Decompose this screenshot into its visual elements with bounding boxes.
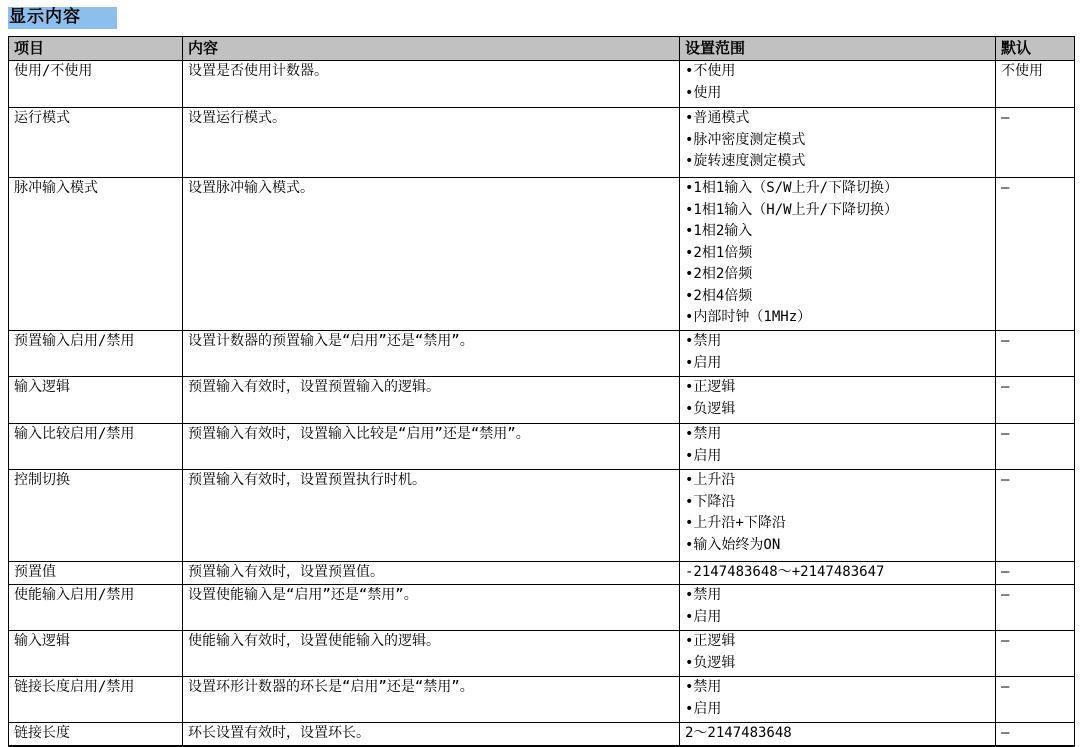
range-cell: 2～2147483648 [680, 723, 996, 746]
default-cell: — [996, 585, 1075, 631]
default-cell: — [996, 424, 1075, 470]
header-desc: 内容 [183, 37, 680, 61]
item-cell: 预置输入启用/禁用 [9, 331, 183, 377]
table-row: 预置输入启用/禁用 设置计数器的预置输入是“启用”还是“禁用”。 •禁用 •启用… [9, 331, 1075, 377]
default-cell: — [996, 562, 1075, 585]
table-row: 输入逻辑 预置输入有效时，设置预置输入的逻辑。 •正逻辑 •负逻辑 — [9, 377, 1075, 424]
default-cell: 不使用 [996, 61, 1075, 108]
desc-cell: 设置环形计数器的环长是“启用”还是“禁用”。 [183, 677, 680, 723]
table-row: 链接长度 环长设置有效时，设置环长。 2～2147483648 — [9, 723, 1075, 746]
table-row: 使用/不使用 设置是否使用计数器。 •不使用 •使用 不使用 [9, 61, 1075, 108]
item-cell: 使用/不使用 [9, 61, 183, 108]
settings-table: 项目 内容 设置范围 默认 使用/不使用 设置是否使用计数器。 •不使用 •使用… [8, 36, 1075, 747]
desc-cell: 设置使能输入是“启用”还是“禁用”。 [183, 585, 680, 631]
item-cell: 脉冲输入模式 [9, 178, 183, 331]
desc-cell: 预置输入有效时，设置预置执行时机。 [183, 470, 680, 562]
range-cell: •禁用 •启用 [680, 331, 996, 377]
item-cell: 运行模式 [9, 108, 183, 178]
table-row: 链接长度启用/禁用 设置环形计数器的环长是“启用”还是“禁用”。 •禁用 •启用… [9, 677, 1075, 723]
desc-cell: 设置计数器的预置输入是“启用”还是“禁用”。 [183, 331, 680, 377]
desc-cell: 环长设置有效时，设置环长。 [183, 723, 680, 746]
range-cell: •正逻辑 •负逻辑 [680, 377, 996, 424]
desc-cell: 使能输入有效时，设置使能输入的逻辑。 [183, 631, 680, 677]
range-cell: -2147483648～+2147483647 [680, 562, 996, 585]
header-default: 默认 [996, 37, 1075, 61]
table-row: 预置值 预置输入有效时，设置预置值。 -2147483648～+21474836… [9, 562, 1075, 585]
table-row: 脉冲输入模式 设置脉冲输入模式。 •1相1输入（S/W上升/下降切换） •1相1… [9, 178, 1075, 331]
default-cell: — [996, 178, 1075, 331]
desc-cell: 设置是否使用计数器。 [183, 61, 680, 108]
header-item: 项目 [9, 37, 183, 61]
default-cell: — [996, 377, 1075, 424]
default-cell: — [996, 470, 1075, 562]
desc-cell: 设置脉冲输入模式。 [183, 178, 680, 331]
table-header-row: 项目 内容 设置范围 默认 [9, 37, 1075, 61]
range-cell: •正逻辑 •负逻辑 [680, 631, 996, 677]
item-cell: 输入逻辑 [9, 631, 183, 677]
table-row: 输入比较启用/禁用 预置输入有效时，设置输入比较是“启用”还是“禁用”。 •禁用… [9, 424, 1075, 470]
table-row: 输入逻辑 使能输入有效时，设置使能输入的逻辑。 •正逻辑 •负逻辑 — [9, 631, 1075, 677]
range-cell: •禁用 •启用 [680, 677, 996, 723]
default-cell: — [996, 631, 1075, 677]
default-cell: — [996, 331, 1075, 377]
desc-cell: 预置输入有效时，设置输入比较是“启用”还是“禁用”。 [183, 424, 680, 470]
range-cell: •1相1输入（S/W上升/下降切换） •1相1输入（H/W上升/下降切换） •1… [680, 178, 996, 331]
document-page: 显示内容 项目 内容 设置范围 默认 使用/不使用 设置是否使用计数器。 •不使… [0, 0, 1080, 747]
default-cell: — [996, 108, 1075, 178]
item-cell: 控制切换 [9, 470, 183, 562]
item-cell: 链接长度启用/禁用 [9, 677, 183, 723]
table-row: 使能输入启用/禁用 设置使能输入是“启用”还是“禁用”。 •禁用 •启用 — [9, 585, 1075, 631]
desc-cell: 预置输入有效时，设置预置输入的逻辑。 [183, 377, 680, 424]
desc-cell: 设置运行模式。 [183, 108, 680, 178]
desc-cell: 预置输入有效时，设置预置值。 [183, 562, 680, 585]
default-cell: — [996, 723, 1075, 746]
page-title: 显示内容 [8, 7, 117, 29]
item-cell: 链接长度 [9, 723, 183, 746]
item-cell: 使能输入启用/禁用 [9, 585, 183, 631]
range-cell: •上升沿 •下降沿 •上升沿+下降沿 •输入始终为ON [680, 470, 996, 562]
range-cell: •禁用 •启用 [680, 585, 996, 631]
default-cell: — [996, 677, 1075, 723]
item-cell: 输入比较启用/禁用 [9, 424, 183, 470]
range-cell: •不使用 •使用 [680, 61, 996, 108]
item-cell: 输入逻辑 [9, 377, 183, 424]
table-row: 运行模式 设置运行模式。 •普通模式 •脉冲密度测定模式 •旋转速度测定模式 — [9, 108, 1075, 178]
range-cell: •禁用 •启用 [680, 424, 996, 470]
header-range: 设置范围 [680, 37, 996, 61]
item-cell: 预置值 [9, 562, 183, 585]
table-row: 控制切换 预置输入有效时，设置预置执行时机。 •上升沿 •下降沿 •上升沿+下降… [9, 470, 1075, 562]
range-cell: •普通模式 •脉冲密度测定模式 •旋转速度测定模式 [680, 108, 996, 178]
